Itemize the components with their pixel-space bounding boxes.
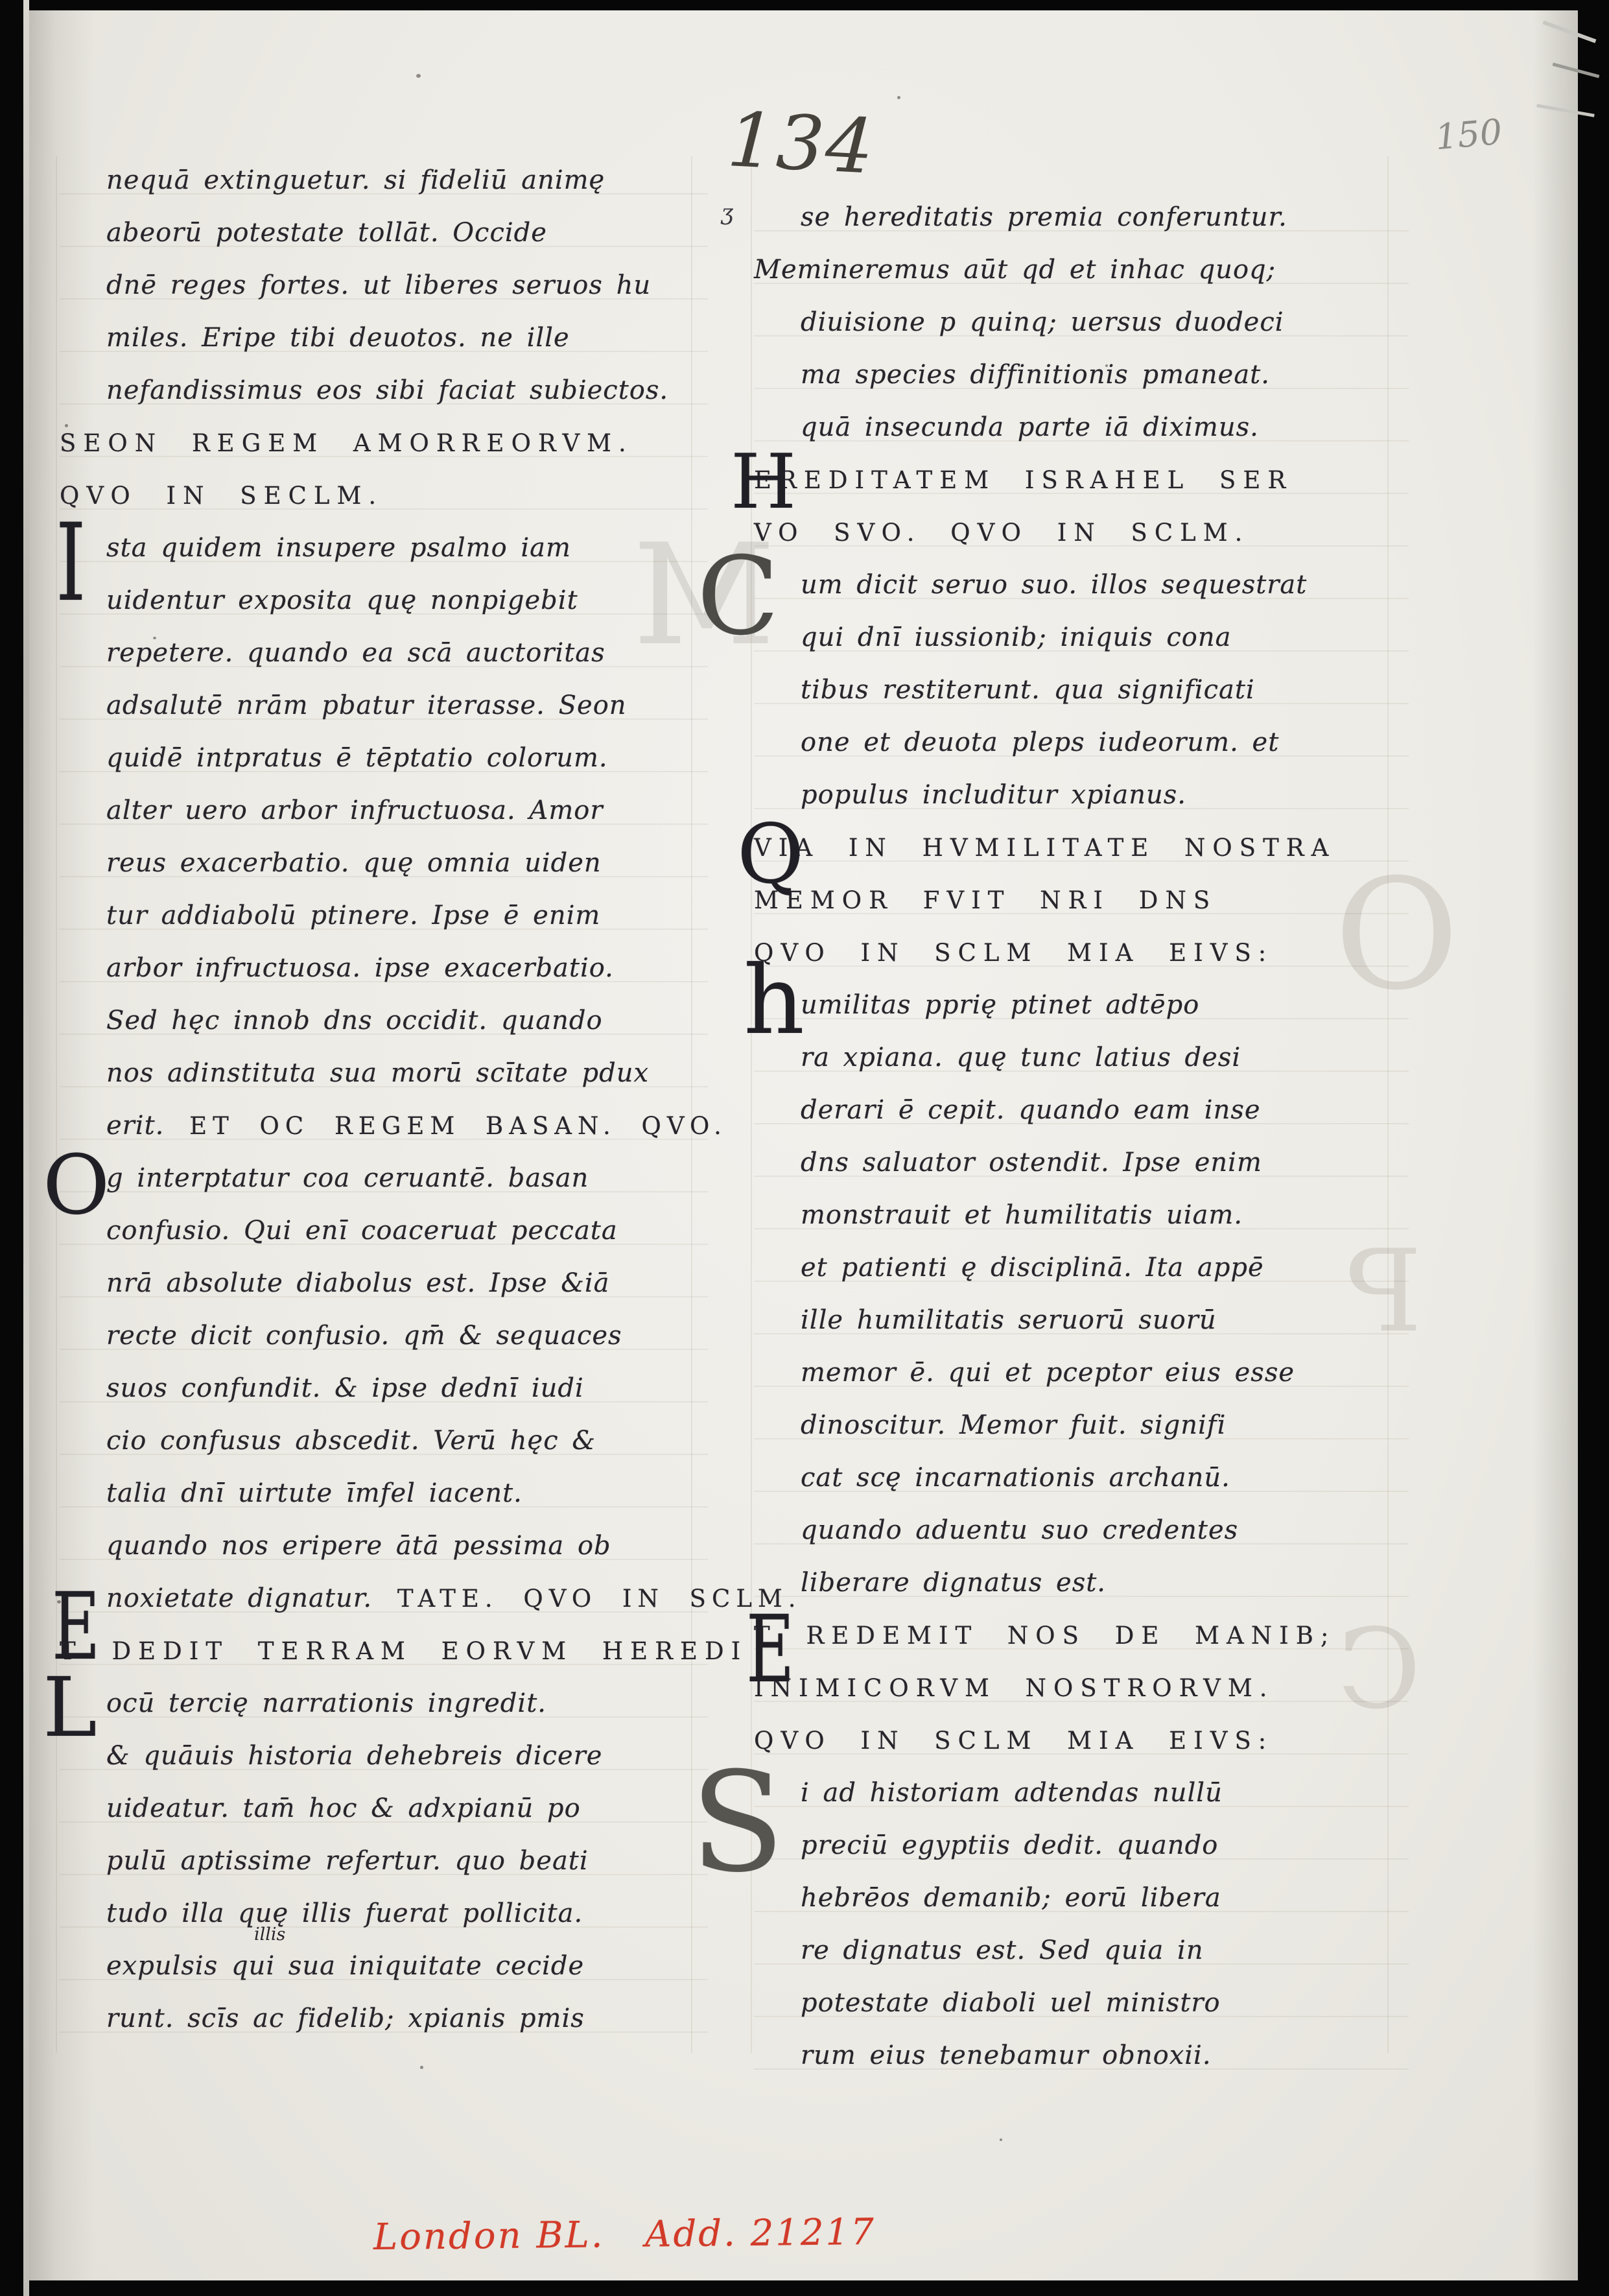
manuscript-line: liberare dignatus est. xyxy=(801,1557,1106,1609)
manuscript-line: sta quidem insupere psalmo iam xyxy=(106,522,571,574)
initial-letter-q: Q xyxy=(737,814,804,895)
initial-letter-h: H xyxy=(731,445,796,520)
library-shelfmark-annotation: London BL. Add. 21217 xyxy=(373,2211,876,2258)
manuscript-line: ille humilitatis seruorū suorū xyxy=(801,1294,1217,1347)
manuscript-line: suos confundit. & ipse dednī iudi xyxy=(106,1362,584,1415)
manuscript-line: uideatur. tam̄ hoc & adxpianū po xyxy=(106,1782,581,1835)
manuscript-line: expulsis qui sua iniquitate cecide xyxy=(106,1940,584,1993)
ink-speck xyxy=(57,1600,61,1604)
initial-letter-i: I xyxy=(56,509,86,616)
initial-letter-s: S xyxy=(690,1754,784,1891)
manuscript-line: Sed hęc innob dns occidit. quando xyxy=(106,995,603,1047)
manuscript-line: EREDITATEM ISRAHEL SER xyxy=(754,454,1293,506)
manuscript-line: QVO IN SECLM. xyxy=(60,469,383,522)
manuscript-line: QVO IN SCLM MIA EIVS: xyxy=(754,1714,1273,1767)
rubric-capitals: ET OC REGEM BASAN. QVO. xyxy=(189,1112,727,1140)
manuscript-line: um dicit seruo suo. illos sequestrat xyxy=(801,559,1307,611)
page-left-edge xyxy=(23,0,29,2296)
manuscript-line: dnē reges fortes. ut liberes seruos hu xyxy=(106,259,651,312)
ink-speck xyxy=(65,424,68,427)
manuscript-line: arbor infructuosa. ipse exacerbatio. xyxy=(106,942,614,995)
manuscript-line: talia dnī uirtute īmfel iacent. xyxy=(106,1467,523,1520)
manuscript-line: erit. ET OC REGEM BASAN. QVO. xyxy=(106,1100,727,1152)
ink-speck xyxy=(897,96,900,99)
manuscript-line: quā insecunda parte iā diximus. xyxy=(801,401,1259,454)
manuscript-line: g interptatur coa ceruantē. basan xyxy=(106,1152,589,1205)
manuscript-line: umilitas pprię ptinet adtēpo xyxy=(801,979,1199,1032)
right-text-column: se hereditatis premia conferuntur.Memine… xyxy=(754,191,1409,2088)
manuscript-line: dinoscitur. Memor fuit. signifi xyxy=(801,1399,1226,1452)
manuscript-line: T REDEMIT NOS DE MANIB; xyxy=(754,1609,1335,1662)
manuscript-line: MEMOR FVIT NRI DNS xyxy=(754,874,1217,927)
manuscript-line: cat scę incarnationis archanū. xyxy=(801,1452,1230,1504)
manuscript-line: i ad historiam adtendas nullū xyxy=(801,1767,1223,1819)
line-text: erit. xyxy=(106,1111,178,1141)
manuscript-line: INIMICORVM NOSTRORVM. xyxy=(754,1662,1274,1714)
line-text: noxietate dignatur. xyxy=(106,1583,386,1613)
manuscript-line: diuisione p quinq; uersus duodeci xyxy=(801,296,1284,349)
manuscript-line: preciū egyptiis dedit. quando xyxy=(801,1819,1218,1872)
manuscript-line: adsalutē nrām pbatur iterasse. Seon xyxy=(106,680,627,732)
manuscript-line: VO SVO. QVO IN SCLM. xyxy=(754,506,1249,559)
manuscript-line: rum eius tenebamur obnoxii. xyxy=(801,2030,1212,2082)
show-through-letter: O xyxy=(1334,859,1459,1012)
show-through-letter: P xyxy=(1346,1235,1422,1349)
manuscript-line: nos adinstituta sua morū scītate pdux xyxy=(106,1047,649,1100)
manuscript-line: tibus restiterunt. qua significati xyxy=(801,664,1255,716)
manuscript-line: tur addiabolū ptinere. Ipse ē enim xyxy=(106,890,600,942)
manuscript-line: dns saluator ostendit. Ipse enim xyxy=(801,1137,1262,1189)
manuscript-line: quando nos eripere ātā pessima ob xyxy=(106,1520,611,1572)
parchment-page: 134 150 ʒ nequā extinguetur. si fideliū … xyxy=(23,10,1578,2280)
pencil-folio-number: 150 xyxy=(1433,112,1503,158)
manuscript-line: tudo illa quę illis fuerat pollicita. xyxy=(106,1888,583,1940)
manuscript-line: qui dnī iussionib; iniquis cona xyxy=(801,611,1231,664)
manuscript-line: nefandissimus eos sibi faciat subiectos. xyxy=(106,364,668,417)
ruling-line xyxy=(56,156,57,2053)
manuscript-line: confusio. Qui enī coaceruat peccata xyxy=(106,1205,618,1257)
marginal-correction-mark: ʒ xyxy=(721,200,733,226)
manuscript-line: monstrauit et humilitatis uiam. xyxy=(801,1189,1243,1242)
initial-letter-h: h xyxy=(744,953,804,1048)
fore-edge-shadow xyxy=(1533,10,1578,2280)
initial-letter-l: L xyxy=(43,1667,97,1749)
manuscript-line: nrā absolute diabolus est. Ipse &iā xyxy=(106,1257,610,1310)
manuscript-line: & quāuis historia dehebreis dicere xyxy=(106,1730,602,1782)
manuscript-line: et patienti ę disciplinā. Ita appē xyxy=(801,1242,1264,1294)
show-through-letter: M xyxy=(633,525,775,665)
manuscript-photo: 134 150 ʒ nequā extinguetur. si fideliū … xyxy=(0,0,1609,2296)
manuscript-line: cio confusus abscedit. Verū hęc & xyxy=(106,1415,596,1467)
modern-page-number: 134 xyxy=(725,96,877,191)
manuscript-line: Memineremus aūt qd et inhac quoq; xyxy=(754,244,1276,296)
manuscript-line: hebrēos demanib; eorū libera xyxy=(801,1872,1221,1924)
manuscript-line: VIA IN HVMILITATE NOSTRA xyxy=(754,822,1335,874)
manuscript-line: noxietate dignatur. TATE. QVO IN SCLM. xyxy=(106,1572,802,1625)
manuscript-line: QVO IN SCLM MIA EIVS: xyxy=(754,927,1273,979)
manuscript-line: uidentur exposita quę nonpigebit xyxy=(106,574,578,627)
ink-speck xyxy=(1000,2138,1002,2141)
manuscript-line: quidē intpratus ē tēptatio colorum. xyxy=(106,732,608,785)
ink-speck xyxy=(1105,364,1108,367)
manuscript-line: pulū aptissime refertur. quo beati xyxy=(106,1835,589,1888)
manuscript-line: abeorū potestate tollāt. Occide xyxy=(106,207,547,259)
manuscript-line: miles. Eripe tibi deuotos. ne ille xyxy=(106,312,570,364)
manuscript-line: runt. scīs ac fidelib; xpianis pmis xyxy=(106,1993,585,2045)
manuscript-line: re dignatus est. Sed quia in xyxy=(801,1924,1204,1977)
manuscript-line: ra xpiana. quę tunc latius desi xyxy=(801,1032,1241,1084)
manuscript-line: recte dicit confusio. qm̄ & sequaces xyxy=(106,1310,622,1362)
manuscript-line: nequā extinguetur. si fideliū animę xyxy=(106,154,605,207)
rubric-capitals: TATE. QVO IN SCLM. xyxy=(397,1585,802,1613)
manuscript-line: potestate diaboli uel ministro xyxy=(801,1977,1221,2030)
ink-speck xyxy=(420,2066,423,2069)
manuscript-line: quando aduentu suo credentes xyxy=(801,1504,1238,1557)
manuscript-line: alter uero arbor infructuosa. Amor xyxy=(106,785,603,837)
manuscript-line: ma species diffinitionis pmaneat. xyxy=(801,349,1270,401)
manuscript-line: ocū tercię narrationis ingredit. xyxy=(106,1677,546,1730)
manuscript-line: SEON REGEM AMORREORVM. xyxy=(60,417,633,469)
ink-speck xyxy=(153,637,156,639)
manuscript-line: one et deuota pleps iudeorum. et xyxy=(801,716,1279,769)
manuscript-line: derari ē cepit. quando eam inse xyxy=(801,1084,1261,1137)
manuscript-line: se hereditatis premia conferuntur. xyxy=(801,191,1287,244)
manuscript-line: repetere. quando ea scā auctoritas xyxy=(106,627,605,680)
left-text-column: nequā extinguetur. si fideliū animęabeor… xyxy=(60,154,708,2051)
manuscript-line: memor ē. qui et pceptor eius esse xyxy=(801,1347,1295,1399)
interlinear-word: illis xyxy=(254,1924,285,1945)
show-through-letter: C xyxy=(1337,1615,1421,1725)
initial-letter-e: E xyxy=(746,1604,794,1697)
initial-letter-o: O xyxy=(43,1144,110,1226)
manuscript-line: reus exacerbatio. quę omnia uiden xyxy=(106,837,602,890)
manuscript-line: T DEDIT TERRAM EORVM HEREDI xyxy=(60,1625,747,1677)
manuscript-line: populus includitur xpianus. xyxy=(801,769,1186,822)
ink-speck xyxy=(416,74,421,78)
